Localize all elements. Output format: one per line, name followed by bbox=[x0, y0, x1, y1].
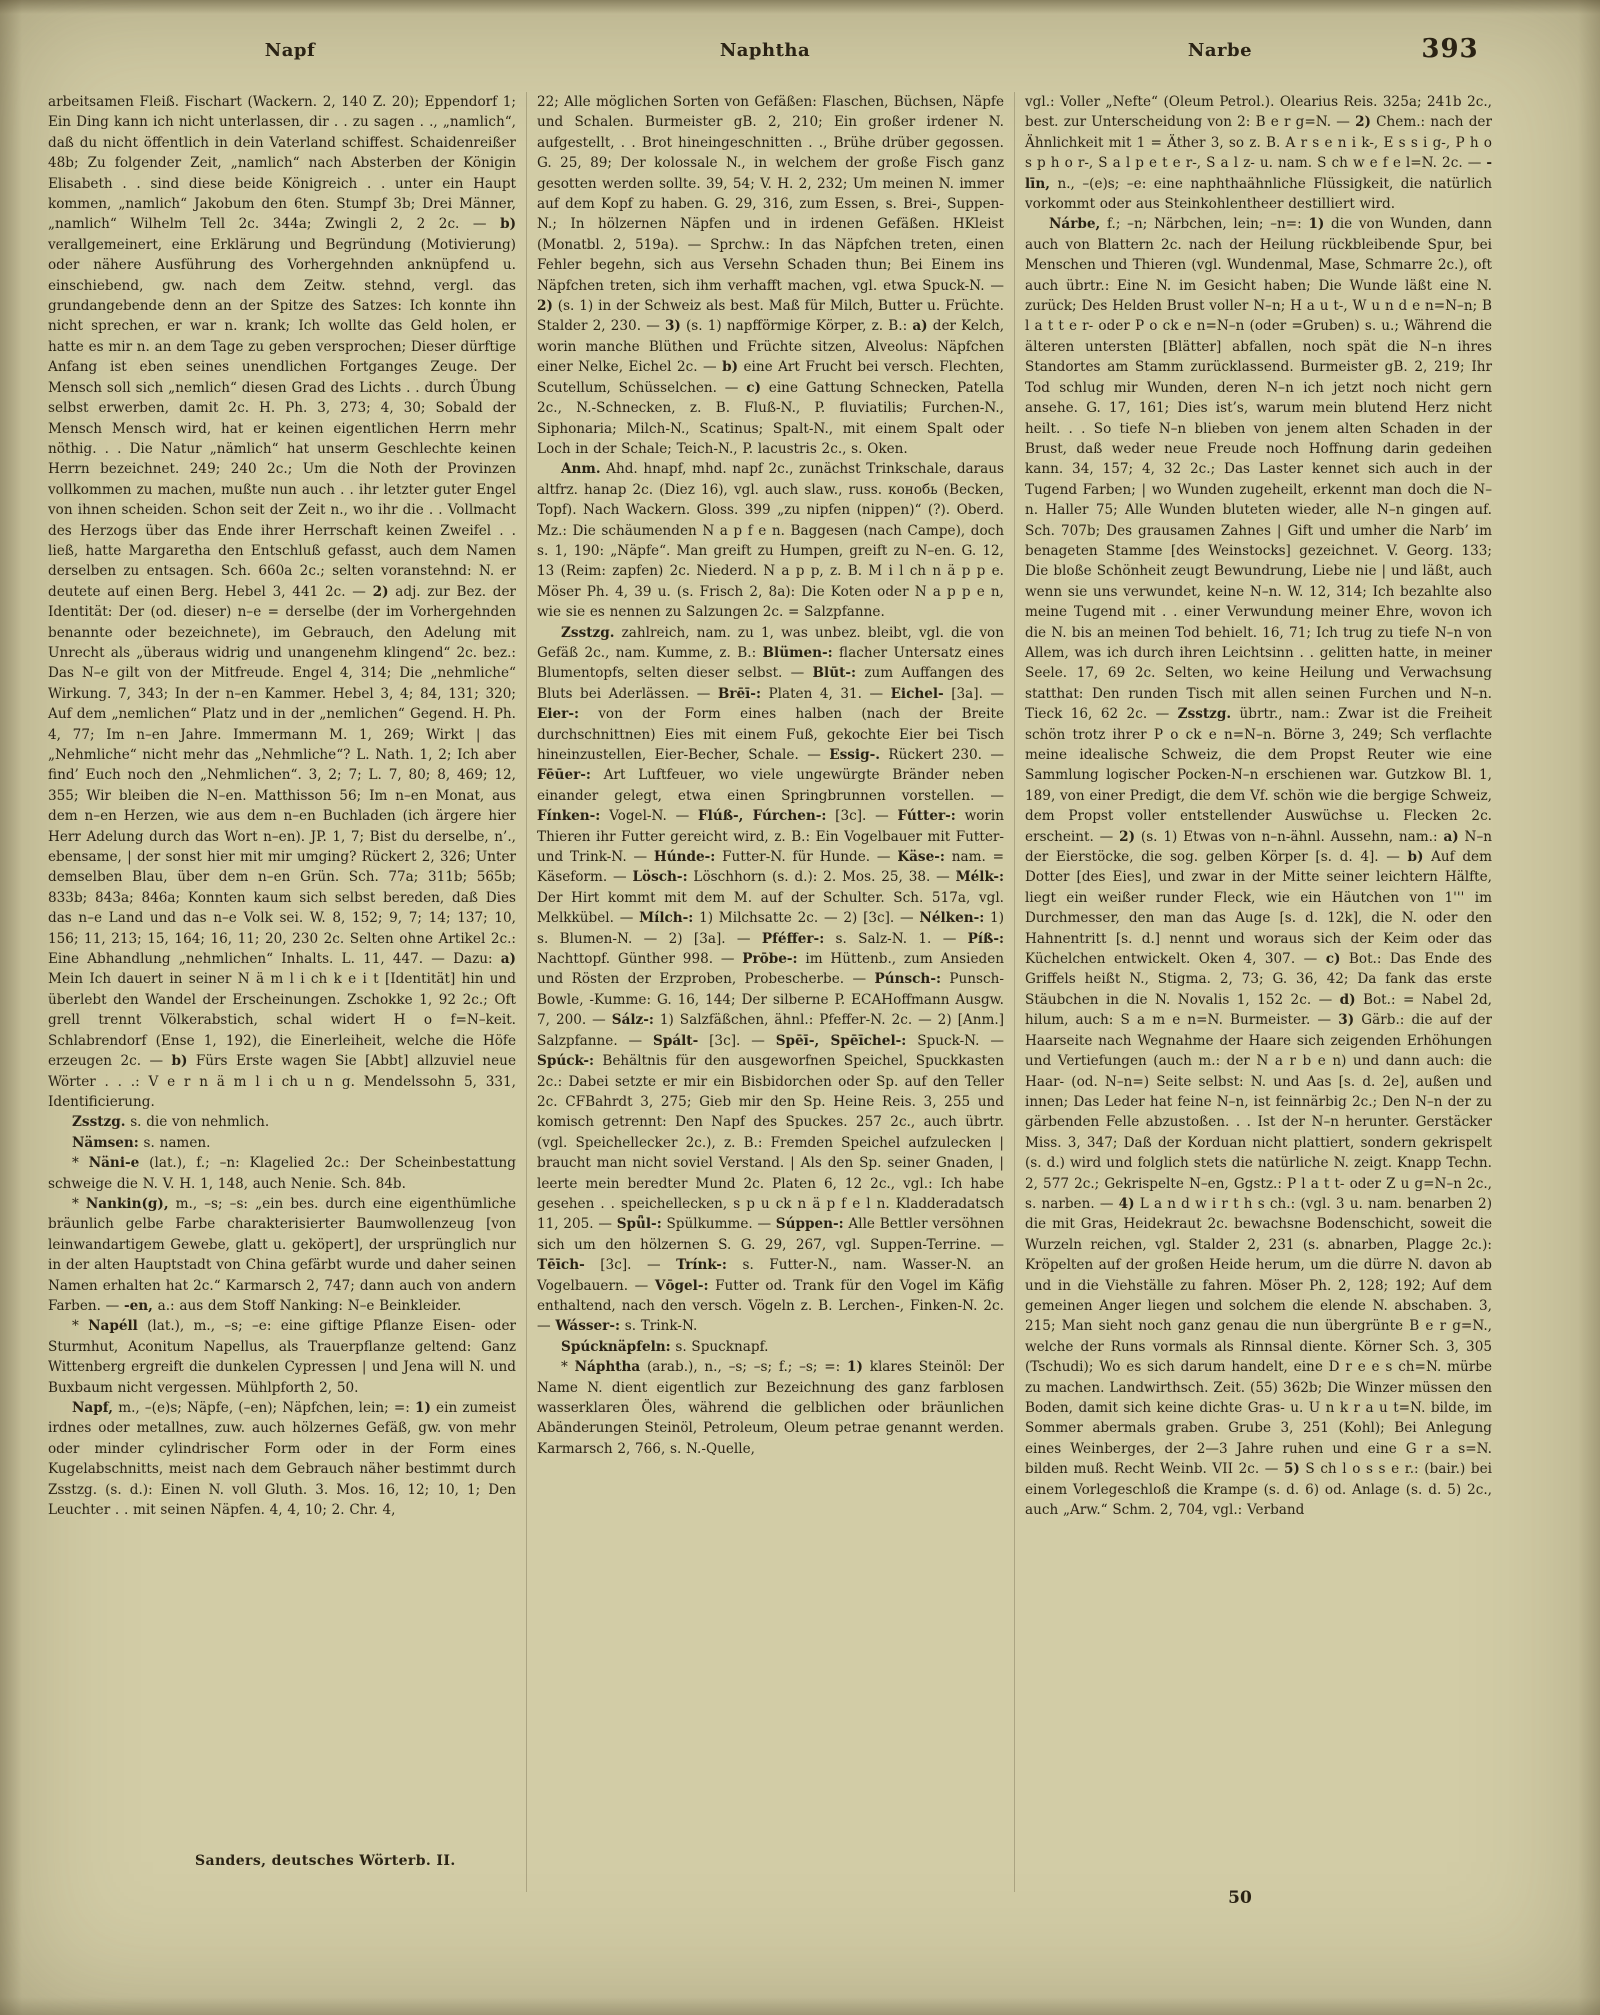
running-head: Napf Naphtha Narbe bbox=[0, 40, 1600, 76]
paragraph: 22; Alle möglichen Sorten von Gefäßen: F… bbox=[537, 92, 1004, 459]
paragraph: Nämsen: s. namen. bbox=[48, 1133, 516, 1153]
paragraph: Anm. Ahd. hnapf, mhd. napf 2c., zunächst… bbox=[537, 459, 1004, 622]
paragraph: Napf, m., –(e)s; Näpfe, (–en); Näpfchen,… bbox=[48, 1398, 516, 1520]
page-number: 393 bbox=[1395, 34, 1505, 64]
paragraph: arbeitsamen Fleiß. Fischart (Wackern. 2,… bbox=[48, 92, 516, 1112]
paragraph: Zsstzg. zahlreich, nam. zu 1, was unbez.… bbox=[537, 623, 1004, 1337]
running-head-center: Naphtha bbox=[690, 40, 840, 61]
text-columns: arbeitsamen Fleiß. Fischart (Wackern. 2,… bbox=[38, 92, 1562, 1892]
paragraph: Zsstzg. s. die von nehmlich. bbox=[48, 1112, 516, 1132]
paragraph: * Nankin(g), m., –s; –s: „ein bes. durch… bbox=[48, 1194, 516, 1316]
paragraph: * Näni-e (lat.), f.; –n: Klagelied 2c.: … bbox=[48, 1153, 516, 1194]
column-2: 22; Alle möglichen Sorten von Gefäßen: F… bbox=[526, 92, 1014, 1892]
signature-line: Sanders, deutsches Wörterb. II. bbox=[195, 1853, 535, 1869]
paragraph: * Náphtha (arab.), n., –s; –s; f.; –s; =… bbox=[537, 1357, 1004, 1459]
column-1: arbeitsamen Fleiß. Fischart (Wackern. 2,… bbox=[38, 92, 526, 1892]
paragraph: vgl.: Voller „Nefte“ (Oleum Petrol.). Ol… bbox=[1025, 92, 1492, 214]
column-3: vgl.: Voller „Nefte“ (Oleum Petrol.). Ol… bbox=[1014, 92, 1502, 1892]
running-head-left: Napf bbox=[230, 40, 350, 61]
paragraph: Spúcknäpfeln: s. Spucknapf. bbox=[537, 1337, 1004, 1357]
dictionary-page: Napf Naphtha Narbe 393 arbeitsamen Fleiß… bbox=[0, 0, 1600, 2015]
running-head-right: Narbe bbox=[1160, 40, 1280, 61]
paragraph: * Napéll (lat.), m., –s; –e: eine giftig… bbox=[48, 1316, 516, 1398]
paragraph: Nárbe, f.; –n; Närbchen, lein; –n=: 1) d… bbox=[1025, 214, 1492, 1520]
sheet-mark: 50 bbox=[1195, 1888, 1285, 1908]
